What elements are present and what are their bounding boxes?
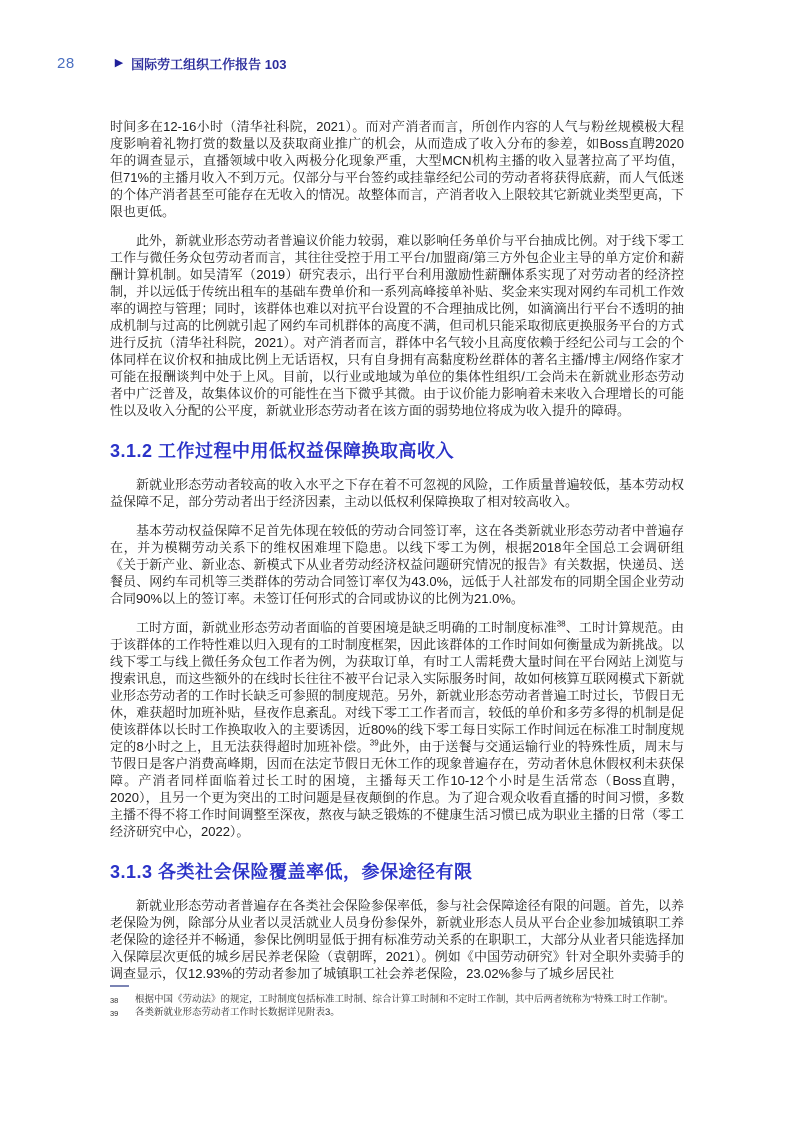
body-paragraph: 此外，新就业形态劳动者普遍议价能力较弱，难以影响任务单价与平台抽成比例。对于线下… bbox=[110, 232, 684, 419]
footnotes-section: 38根据中国《劳动法》的规定，工时制度包括标准工时制、综合计算工时制和不定时工作… bbox=[110, 985, 688, 1020]
footnote-separator bbox=[110, 985, 129, 987]
footnote-ref: 39 bbox=[370, 739, 379, 748]
section-heading: 3.1.3 各类社会保险覆盖率低，参保途径有限 bbox=[110, 861, 684, 883]
body-paragraph: 时间多在12-16小时（清华社科院，2021）。而对产消者而言，所创作内容的人气… bbox=[110, 118, 684, 220]
footnote-item: 39各类新就业形态劳动者工作时长数据详见附表3。 bbox=[110, 1007, 688, 1020]
section-heading: 3.1.2 工作过程中用低权益保障换取高收入 bbox=[110, 440, 684, 462]
footnote-text: 各类新就业形态劳动者工作时长数据详见附表3。 bbox=[135, 1007, 688, 1020]
body-paragraph: 新就业形态劳动者较高的收入水平之下存在着不可忽视的风险，工作质量普遍较低，基本劳… bbox=[110, 476, 684, 510]
body-content: 时间多在12-16小时（清华社科院，2021）。而对产消者而言，所创作内容的人气… bbox=[110, 118, 684, 994]
triangle-right-icon: ▶ bbox=[115, 58, 123, 69]
footnote-text: 根据中国《劳动法》的规定，工时制度包括标准工时制、综合计算工时制和不定时工作制，… bbox=[135, 994, 688, 1007]
page-header: 28 ▶ 国际劳工组织工作报告 103 bbox=[57, 54, 286, 73]
body-paragraph: 基本劳动权益保障不足首先体现在较低的劳动合同签订率，这在各类新就业形态劳动者中普… bbox=[110, 522, 684, 607]
report-title: 国际劳工组织工作报告 103 bbox=[131, 54, 286, 73]
body-paragraph: 新就业形态劳动者普遍存在各类社会保险参保率低，参与社会保障途径有限的问题。首先，… bbox=[110, 897, 684, 982]
document-page: 28 ▶ 国际劳工组织工作报告 103 时间多在12-16小时（清华社科院，20… bbox=[0, 0, 793, 1122]
footnote-number: 39 bbox=[110, 1007, 135, 1020]
footnote-item: 38根据中国《劳动法》的规定，工时制度包括标准工时制、综合计算工时制和不定时工作… bbox=[110, 994, 688, 1007]
footnote-list: 38根据中国《劳动法》的规定，工时制度包括标准工时制、综合计算工时制和不定时工作… bbox=[110, 994, 688, 1020]
body-paragraph: 工时方面，新就业形态劳动者面临的首要困境是缺乏明确的工时制度标准38、工时计算规… bbox=[110, 619, 684, 840]
page-number: 28 bbox=[57, 55, 75, 72]
footnote-ref: 38 bbox=[557, 620, 566, 629]
footnote-number: 38 bbox=[110, 994, 135, 1007]
